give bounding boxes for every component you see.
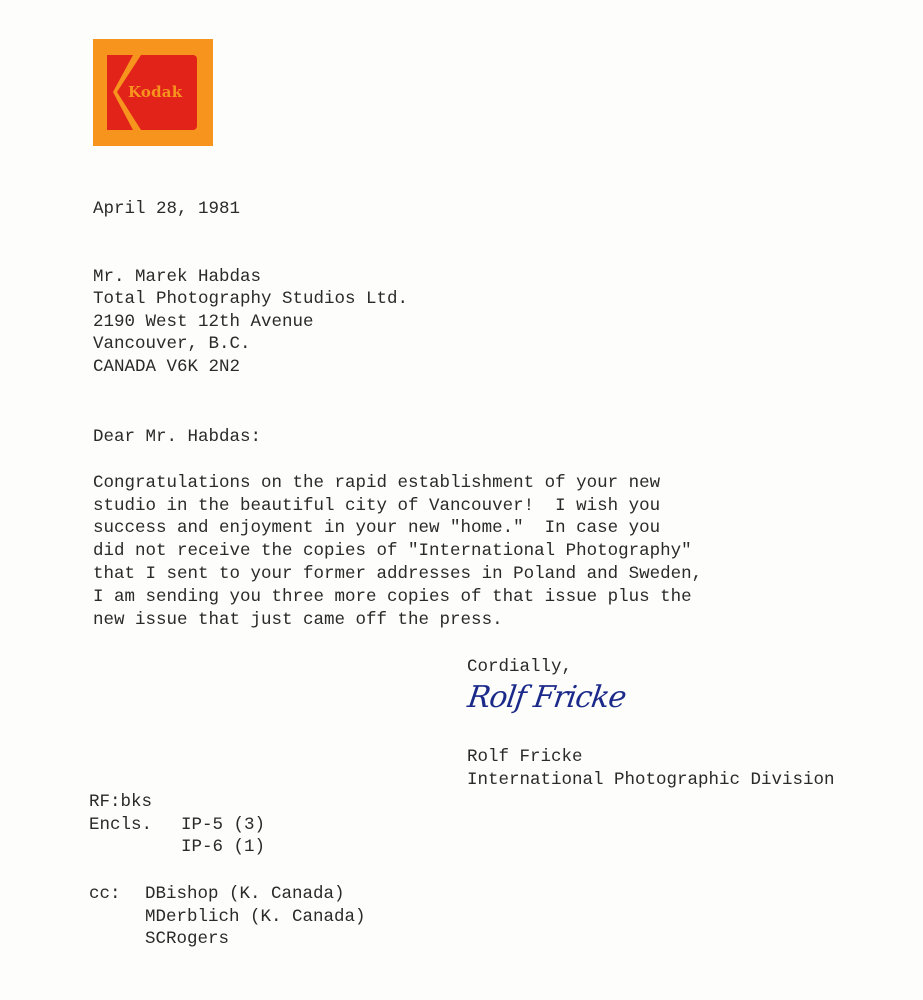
body-line: did not receive the copies of "Internati… bbox=[93, 540, 692, 562]
handwritten-signature: Rolf Fricke bbox=[466, 680, 628, 715]
body-line: success and enjoyment in your new "home.… bbox=[93, 517, 660, 539]
cc-label: cc: bbox=[89, 883, 121, 905]
enclosure-item: IP-5 (3) bbox=[181, 814, 265, 836]
enclosures-label: Encls. bbox=[89, 814, 152, 836]
body-line: I am sending you three more copies of th… bbox=[93, 586, 692, 608]
body-line: studio in the beautiful city of Vancouve… bbox=[93, 495, 660, 517]
cc-item: SCRogers bbox=[145, 928, 229, 950]
recipient-line: 2190 West 12th Avenue bbox=[93, 311, 314, 333]
sender-title: International Photographic Division bbox=[467, 769, 835, 791]
kodak-logo: Kodak bbox=[93, 39, 213, 146]
cc-item: MDerblich (K. Canada) bbox=[145, 906, 366, 928]
body-line: that I sent to your former addresses in … bbox=[93, 563, 702, 585]
reference-initials: RF:bks bbox=[89, 791, 152, 813]
body-line: new issue that just came off the press. bbox=[93, 609, 503, 631]
recipient-line: Total Photography Studios Ltd. bbox=[93, 288, 408, 310]
recipient-line: Vancouver, B.C. bbox=[93, 333, 251, 355]
enclosure-item: IP-6 (1) bbox=[181, 836, 265, 858]
kodak-wordmark: Kodak bbox=[128, 83, 182, 101]
closing: Cordially, bbox=[467, 656, 572, 678]
cc-item: DBishop (K. Canada) bbox=[145, 883, 345, 905]
body-line: Congratulations on the rapid establishme… bbox=[93, 472, 660, 494]
recipient-line: CANADA V6K 2N2 bbox=[93, 356, 240, 378]
letter-date: April 28, 1981 bbox=[93, 198, 240, 220]
salutation: Dear Mr. Habdas: bbox=[93, 426, 261, 448]
sender-name: Rolf Fricke bbox=[467, 746, 583, 768]
recipient-line: Mr. Marek Habdas bbox=[93, 266, 261, 288]
